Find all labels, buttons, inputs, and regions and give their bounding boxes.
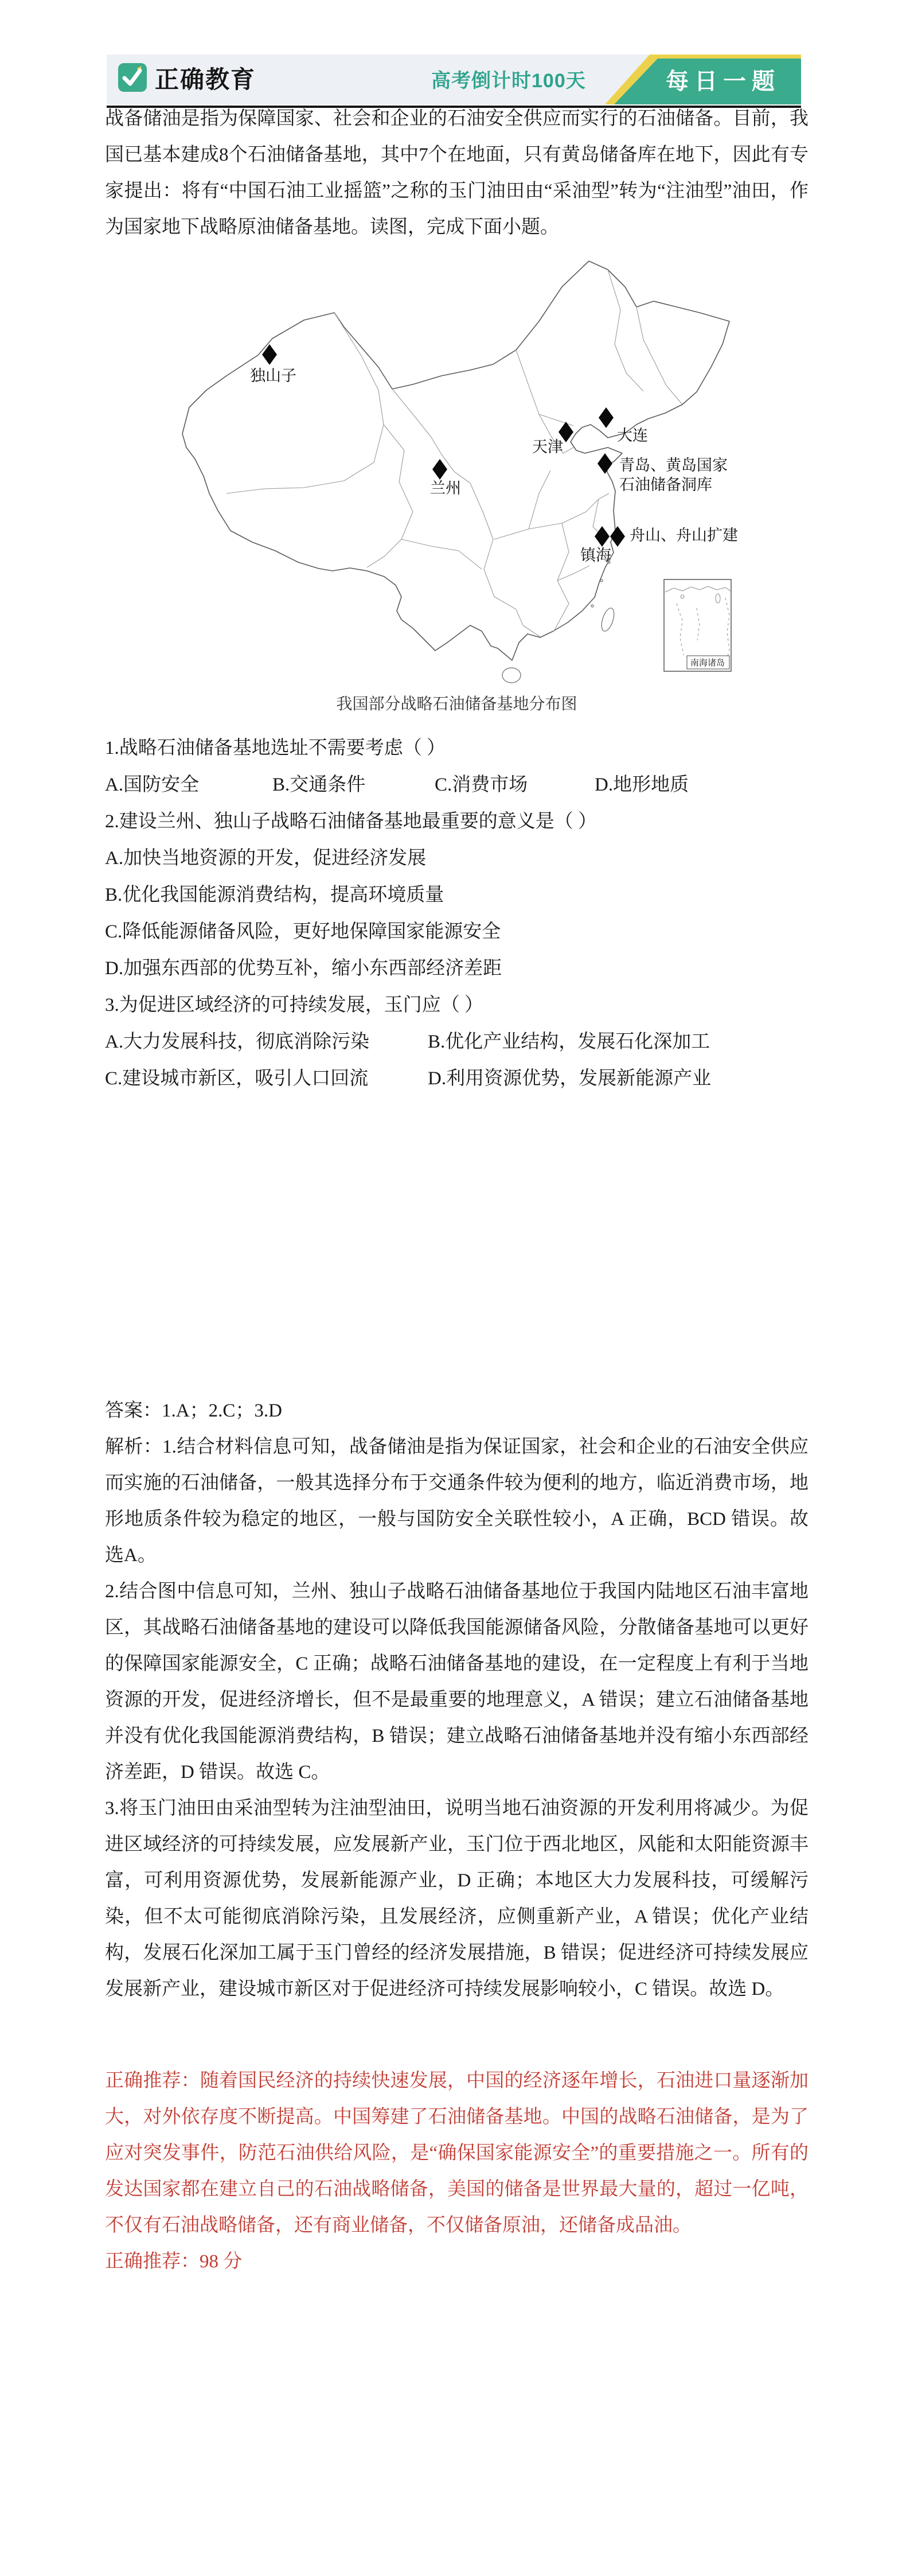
header-bar: 正确教育 高考倒计时100天 每日一题 [107,55,801,104]
badge-label: 每日一题 [666,59,780,104]
map-caption: 我国部分战略石油储备基地分布图 [105,692,809,717]
hainan-island [502,668,521,683]
q2-option-b: B.优化我国能源消费结构，提高环境质量 [105,877,810,913]
china-map-svg: 独山子 兰州 天津 大连 青岛、黄岛国家 石油储备洞库 舟山、舟山扩建 镇海 南… [172,252,740,711]
question-3-stem: 3.为促进区域经济的可持续发展，玉门应（ ） [105,987,810,1024]
recommendation-block: 正确推荐：随着国民经济的持续快速发展，中国的经济逐年增长，石油进口量逐渐加大，对… [105,2063,809,2280]
q1-option-b: B.交通条件 [272,766,435,803]
china-reserve-map: 独山子 兰州 天津 大连 青岛、黄岛国家 石油储备洞库 舟山、舟山扩建 镇海 南… [172,252,740,711]
q1-option-d: D.地形地质 [595,766,810,803]
marker-qingdao-icon [597,453,612,474]
brand-title: 正确教育 [155,55,256,104]
q2-option-d: D.加强东西部的优势互补，缩小东西部经济差距 [105,950,810,987]
worksheet-page: { "header": { "brand": "正确教育", "countdow… [0,0,910,2576]
inset-label: 南海诸岛 [690,658,725,668]
recommendation-score: 正确推荐：98 分 [105,2244,809,2280]
south-china-sea-inset: 南海诸岛 [664,579,731,671]
label-zhoushan: 舟山、舟山扩建 [630,527,738,544]
label-dushanzi: 独山子 [250,367,296,384]
q3-option-c: C.建设城市新区，吸引人口回流 [105,1060,428,1097]
analysis-paragraph-1: 解析：1.结合材料信息可知，战备储油是指为保证国家，社会和企业的石油安全供应而实… [105,1429,809,1574]
marker-zhenhai-icon [595,526,610,547]
brand-logo [118,63,147,92]
label-zhenhai: 镇海 [580,547,611,564]
question-3-options-row2: C.建设城市新区，吸引人口回流 D.利用资源优势，发展新能源产业 [105,1060,810,1097]
answer-line: 答案：1.A；2.C；3.D [105,1393,809,1429]
label-dalian: 大连 [617,427,648,444]
q3-option-d: D.利用资源优势，发展新能源产业 [428,1060,810,1097]
question-1-options: A.国防安全 B.交通条件 C.消费市场 D.地形地质 [105,766,810,803]
label-lanzhou: 兰州 [430,480,461,497]
countdown-text: 高考倒计时100天 [431,55,586,104]
q2-option-c: C.降低能源储备风险，更好地保障国家能源安全 [105,913,810,950]
question-3-options-row1: A.大力发展科技，彻底消除污染 B.优化产业结构，发展石化深加工 [105,1024,810,1060]
marker-zhoushan-icon [610,526,625,547]
label-qingdao-line1: 青岛、黄岛国家 [619,457,728,474]
questions-block: 1.战略石油储备基地选址不需要考虑（ ） A.国防安全 B.交通条件 C.消费市… [105,730,810,1097]
q2-option-a: A.加快当地资源的开发，促进经济发展 [105,840,810,877]
check-logo-icon [118,63,147,92]
question-intro-paragraph: 战备储油是指为保障国家、社会和企业的石油安全供应而实行的石油储备。目前，我国已基… [105,101,809,246]
q3-option-a: A.大力发展科技，彻底消除污染 [105,1024,428,1060]
question-1-stem: 1.战略石油储备基地选址不需要考虑（ ） [105,730,810,766]
q1-option-a: A.国防安全 [105,766,272,803]
analysis-paragraph-2: 2.结合图中信息可知，兰州、独山子战略石油储备基地位于我国内陆地区石油丰富地区，… [105,1574,809,1791]
q3-option-b: B.优化产业结构，发展石化深加工 [428,1024,810,1060]
taiwan-island [599,606,616,633]
recommendation-paragraph: 正确推荐：随着国民经济的持续快速发展，中国的经济逐年增长，石油进口量逐渐加大，对… [105,2063,809,2244]
question-2-stem: 2.建设兰州、独山子战略石油储备基地最重要的意义是（ ） [105,803,810,840]
marker-dalian-icon [599,407,614,428]
label-tianjin: 天津 [532,438,563,456]
label-qingdao-line2: 石油储备洞库 [619,476,712,493]
daily-question-badge: 每日一题 [605,55,801,104]
marker-lanzhou-icon [432,459,447,480]
q1-option-c: C.消费市场 [435,766,595,803]
analysis-paragraph-3: 3.将玉门油田由采油型转为注油型油田，说明当地石油资源的开发利用将减少。为促进区… [105,1791,809,2007]
answer-analysis-block: 答案：1.A；2.C；3.D 解析：1.结合材料信息可知，战备储油是指为保证国家… [105,1393,809,2007]
